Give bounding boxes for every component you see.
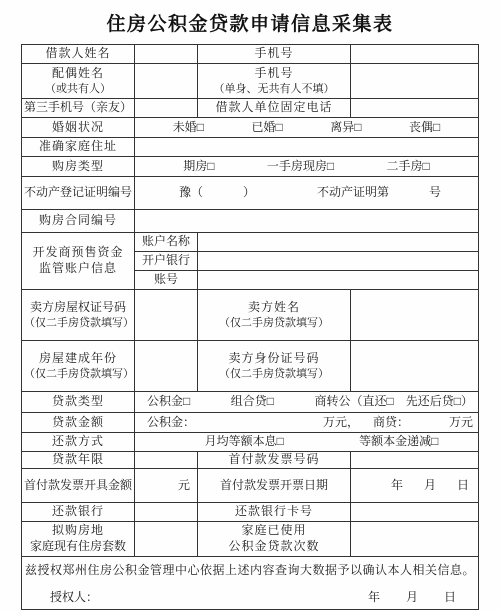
row-repayment-method: 还款方式 月均等额本息□ 等额本金递减□ <box>22 433 479 452</box>
spouse-phone-label: 手机号 （单身、无共有人不填） <box>198 64 351 99</box>
estate-cert-value: 豫（ ） 不动产证明第 号 <box>135 177 479 210</box>
marital-option-married: 已婚□ <box>252 120 283 136</box>
marital-option-widowed: 丧偶□ <box>409 120 440 136</box>
repay-bank-value <box>135 503 198 522</box>
seller-id-value <box>351 341 479 392</box>
spouse-name-value <box>135 64 198 99</box>
invoice-no-value <box>351 452 479 469</box>
build-year-label: 房屋建成年份 （仅二手房贷款填写） <box>22 341 135 392</box>
marital-status-label: 婚姻状况 <box>22 118 135 138</box>
row-build-year: 房屋建成年份 （仅二手房贷款填写） 卖方身份证号码 （仅二手房贷款填写） <box>22 341 479 392</box>
loan-type-option-transfer: 商转公（直还□ 先还后贷□） <box>315 394 474 410</box>
borrower-phone-label: 手机号 <box>198 45 351 64</box>
escrow-account-no-value <box>198 271 479 290</box>
invoice-amount-value: 元 <box>135 469 198 503</box>
escrow-bank-value <box>198 252 479 271</box>
estate-cert-prefix: 豫（ <box>179 185 203 201</box>
application-form-table: 借款人姓名 手机号 配偶姓名 （或共有人） 手机号 （单身、无共有人不填） 第三… <box>21 44 479 610</box>
repay-card-value <box>351 503 479 522</box>
invoice-date-month: 月 <box>424 478 436 494</box>
existing-houses-label: 拟购房地 家庭现有住房套数 <box>22 522 135 557</box>
loan-type-option-fund: 公积金□ <box>147 394 190 410</box>
marital-option-unmarried: 未婚□ <box>173 120 204 136</box>
borrower-phone-value <box>351 45 479 64</box>
escrow-account-name-value <box>198 233 479 252</box>
estate-cert-no-label: 不动产证明第 <box>317 185 389 201</box>
spouse-phone-value <box>351 64 479 99</box>
marital-option-divorced: 离异□ <box>330 120 361 136</box>
row-borrower: 借款人姓名 手机号 <box>22 45 479 64</box>
estate-cert-label: 不动产登记证明编号 <box>22 177 135 210</box>
purchase-option-new: 一手房现房□ <box>267 159 334 175</box>
row-spouse: 配偶姓名 （或共有人） 手机号 （单身、无共有人不填） <box>22 64 479 99</box>
contract-no-label: 购房合同编号 <box>22 210 135 233</box>
purchase-type-label: 购房类型 <box>22 157 135 177</box>
authorization-date: 年 月 日 <box>368 590 456 606</box>
loan-type-label: 贷款类型 <box>22 392 135 413</box>
repayment-method-label: 还款方式 <box>22 433 135 452</box>
loan-type-options: 公积金□ 组合贷□ 商转公（直还□ 先还后贷□） <box>135 392 479 413</box>
spouse-name-label: 配偶姓名 （或共有人） <box>22 64 135 99</box>
row-third-phone: 第三手机号（亲友） 借款人单位固定电话 <box>22 99 479 118</box>
authorizer-label: 授权人： <box>50 590 98 606</box>
loan-type-option-combo: 组合贷□ <box>231 394 274 410</box>
form-title: 住房公积金贷款申请信息采集表 <box>0 0 500 36</box>
fund-times-label: 家庭已使用 公积金贷款次数 <box>198 522 351 557</box>
borrower-name-value <box>135 45 198 64</box>
employer-phone-label: 借款人单位固定电话 <box>198 99 351 118</box>
row-estate-cert: 不动产登记证明编号 豫（ ） 不动产证明第 号 <box>22 177 479 210</box>
third-phone-value <box>135 99 198 118</box>
authorization-statement: 兹授权郑州住房公积金管理中心依据上述内容查询大数据予以确认本人相关信息。 <box>24 557 476 579</box>
fund-times-value <box>351 522 479 557</box>
existing-houses-value <box>135 522 198 557</box>
third-phone-label: 第三手机号（亲友） <box>22 99 135 118</box>
row-seller-cert: 卖方房屋权证号码 （仅二手房贷款填写） 卖方姓名 （仅二手房贷款填写） <box>22 290 479 341</box>
row-purchase-type: 购房类型 期房□ 一手房现房□ 二手房□ <box>22 157 479 177</box>
row-loan-amount: 贷款金额 公积金： 万元， 商贷： 万元 <box>22 413 479 433</box>
escrow-account-no-label: 账号 <box>135 271 198 290</box>
invoice-date-day: 日 <box>457 478 469 494</box>
escrow-account-name-label: 账户名称 <box>135 233 198 252</box>
loan-amount-value: 公积金： 万元， 商贷： 万元 <box>135 413 479 433</box>
seller-name-value <box>351 290 479 341</box>
seller-name-label: 卖方姓名 （仅二手房贷款填写） <box>198 290 351 341</box>
employer-phone-value <box>351 99 479 118</box>
invoice-date-label: 首付款发票开票日期 <box>198 469 351 503</box>
repayment-option-equal-principal: 等额本金递减□ <box>359 434 438 450</box>
repay-bank-label: 还款银行 <box>22 503 135 522</box>
seller-cert-value <box>135 290 198 341</box>
loan-amount-fund-unit: 万元， <box>323 415 359 431</box>
row-marital-status: 婚姻状况 未婚□ 已婚□ 离异□ 丧偶□ <box>22 118 479 138</box>
loan-amount-commercial-unit: 万元 <box>449 415 473 431</box>
row-authorization: 兹授权郑州住房公积金管理中心依据上述内容查询大数据予以确认本人相关信息。 授权人… <box>22 557 479 610</box>
row-repay-bank: 还款银行 还款银行卡号 <box>22 503 479 522</box>
escrow-info-label: 开发商预售资金 监管账户信息 <box>22 233 135 290</box>
purchase-type-options: 期房□ 一手房现房□ 二手房□ <box>135 157 479 177</box>
estate-cert-paren-close: ） <box>243 185 255 201</box>
home-address-label: 准确家庭住址 <box>22 138 135 157</box>
form-page: 住房公积金贷款申请信息采集表 借款人姓名 手机号 配偶姓名 （或共有人） 手机号… <box>0 0 500 611</box>
row-contract-no: 购房合同编号 <box>22 210 479 233</box>
invoice-date-value: 年 月 日 <box>351 469 479 503</box>
estate-cert-no-suffix: 号 <box>429 185 441 201</box>
loan-term-value <box>135 452 198 469</box>
repayment-option-equal-installment: 月均等额本息□ <box>205 434 284 450</box>
row-loan-type: 贷款类型 公积金□ 组合贷□ 商转公（直还□ 先还后贷□） <box>22 392 479 413</box>
authorization-date-month: 月 <box>406 590 418 606</box>
borrower-name-label: 借款人姓名 <box>22 45 135 64</box>
marital-status-options: 未婚□ 已婚□ 离异□ 丧偶□ <box>135 118 479 138</box>
authorization-cell: 兹授权郑州住房公积金管理中心依据上述内容查询大数据予以确认本人相关信息。 授权人… <box>22 557 479 610</box>
authorization-date-year: 年 <box>368 590 380 606</box>
invoice-no-label: 首付款发票号码 <box>198 452 351 469</box>
repay-card-label: 还款银行卡号 <box>198 503 351 522</box>
authorization-date-day: 日 <box>444 590 456 606</box>
loan-amount-label: 贷款金额 <box>22 413 135 433</box>
loan-amount-fund-label: 公积金： <box>147 415 195 431</box>
build-year-value <box>135 341 198 392</box>
repayment-method-options: 月均等额本息□ 等额本金递减□ <box>135 433 479 452</box>
invoice-amount-unit: 元 <box>178 478 190 492</box>
row-loan-term: 贷款年限 首付款发票号码 <box>22 452 479 469</box>
home-address-value <box>135 138 479 157</box>
row-home-address: 准确家庭住址 <box>22 138 479 157</box>
purchase-option-forward: 期房□ <box>183 159 214 175</box>
loan-amount-commercial-label: 商贷： <box>373 415 409 431</box>
contract-no-value <box>135 210 479 233</box>
invoice-date-year: 年 <box>391 478 403 494</box>
purchase-option-secondhand: 二手房□ <box>387 159 430 175</box>
row-existing-houses: 拟购房地 家庭现有住房套数 家庭已使用 公积金贷款次数 <box>22 522 479 557</box>
seller-id-label: 卖方身份证号码 （仅二手房贷款填写） <box>198 341 351 392</box>
invoice-amount-label: 首付款发票开具金额 <box>22 469 135 503</box>
row-invoice-amount: 首付款发票开具金额 元 首付款发票开票日期 年 月 日 <box>22 469 479 503</box>
escrow-bank-label: 开户银行 <box>135 252 198 271</box>
seller-cert-label: 卖方房屋权证号码 （仅二手房贷款填写） <box>22 290 135 341</box>
loan-term-label: 贷款年限 <box>22 452 135 469</box>
row-escrow-account-name: 开发商预售资金 监管账户信息 账户名称 <box>22 233 479 252</box>
